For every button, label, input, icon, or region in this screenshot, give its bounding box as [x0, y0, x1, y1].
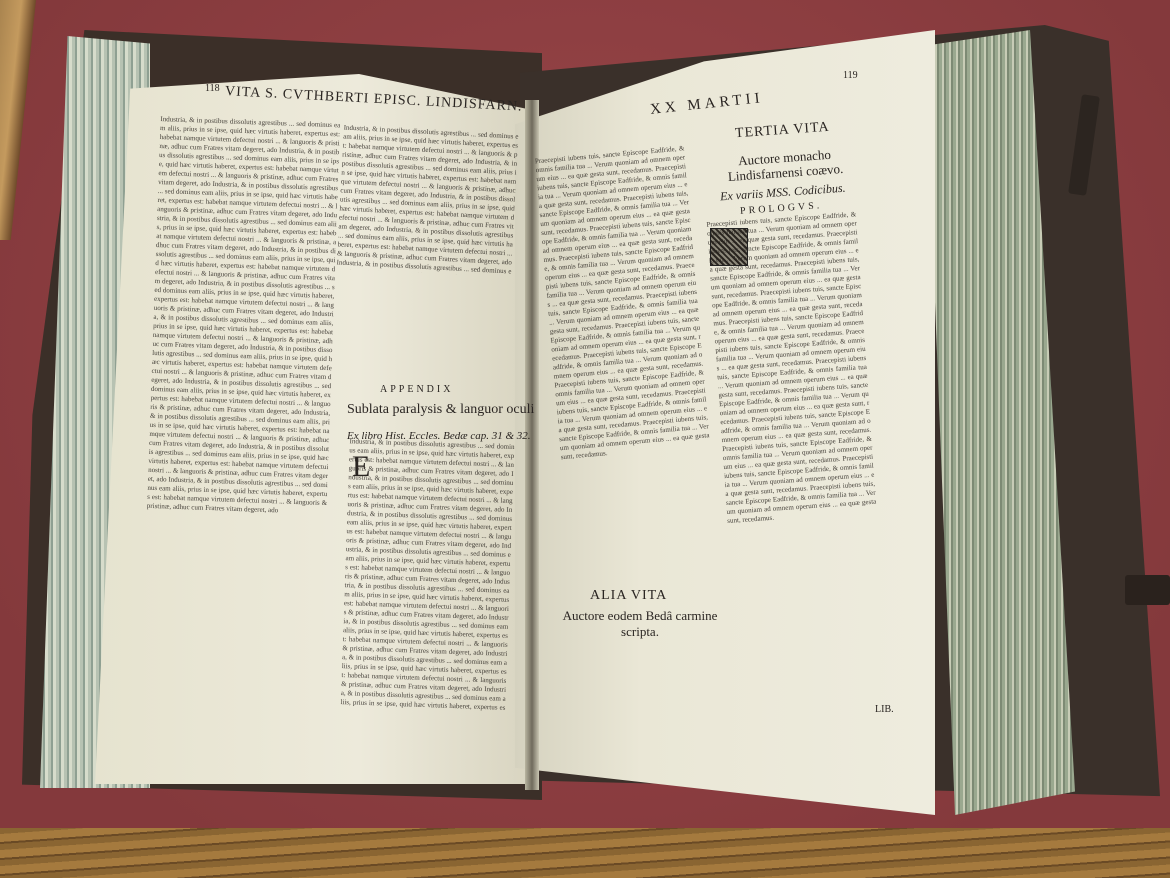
alia-vita-author: Auctore eodem Bedâ carmine scripta.: [560, 608, 720, 640]
book-gutter: [525, 100, 539, 790]
appendix-label: APPENDIX: [380, 384, 453, 395]
appendix-body: Industria, & in postibus dissolutis agre…: [340, 437, 514, 713]
right-page-number: 119: [843, 70, 858, 81]
alia-vita-title: ALIA VITA: [590, 588, 667, 604]
left-body-column-a: Industria, & in postibus dissolutis agre…: [140, 115, 341, 721]
left-page-number: 118: [205, 83, 220, 94]
left-body-column-b: Industria, & in postibus dissolutis agre…: [336, 124, 518, 278]
wooden-table-surface: [0, 828, 1170, 878]
signature-mark: LIB.: [875, 704, 894, 715]
book-clasp-bottom: [1125, 575, 1170, 605]
appendix-title: Sublata paralysis & languor oculi: [347, 402, 534, 418]
right-body-column-b: Praecepisti iubens tuis, sancte Episcope…: [706, 210, 884, 619]
